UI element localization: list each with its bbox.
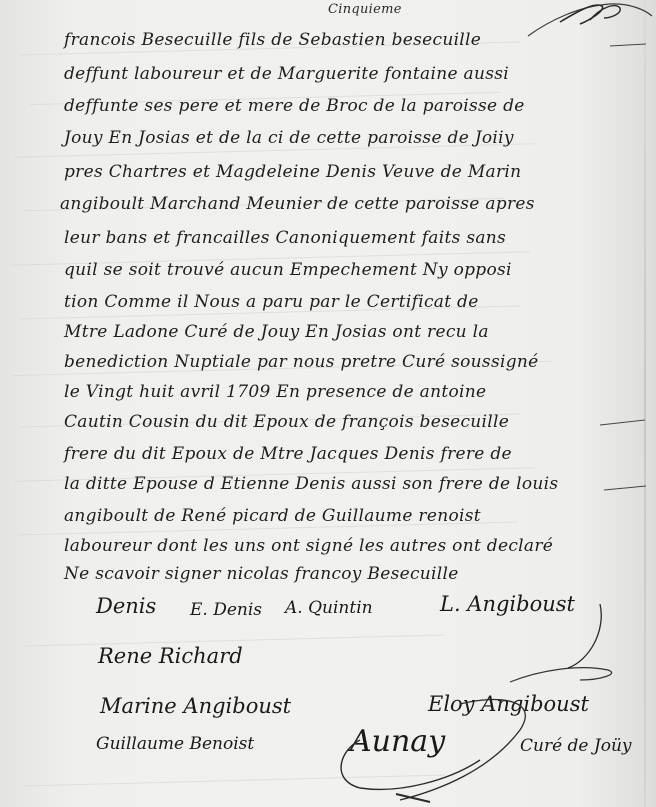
signature-guillaume-benoist: Guillaume Benoist: [96, 734, 254, 754]
body-line-2: deffunt laboureur et de Marguerite fonta…: [64, 64, 509, 84]
body-line-4: Jouy En Josias et de la ci de cette paro…: [64, 128, 514, 148]
body-line-1: francois Besecuille fils de Sebastien be…: [64, 30, 481, 50]
signature-marine-angiboust: Marine Angiboust: [100, 694, 291, 718]
signature-eloy-angiboust: Eloy Angiboust: [428, 692, 589, 716]
signature-rene-richard: Rene Richard: [98, 644, 243, 668]
body-line-16: angiboult de René picard de Guillaume re…: [64, 506, 481, 526]
signature-e-denis: E. Denis: [190, 600, 262, 620]
body-line-18: Ne scavoir signer nicolas francoy Besecu…: [64, 564, 459, 584]
register-page: Cinquieme francois Besecuille fils de Se…: [0, 0, 656, 807]
signature-quintin: A. Quintin: [285, 598, 373, 618]
body-line-11: benediction Nuptiale par nous pretre Cur…: [64, 352, 539, 372]
body-line-12: le Vingt huit avril 1709 En presence de …: [64, 382, 486, 402]
body-line-6: angiboult Marchand Meunier de cette paro…: [60, 194, 535, 214]
body-line-15: la ditte Epouse d Etienne Denis aussi so…: [64, 474, 558, 494]
page-edge: [644, 0, 646, 807]
signature-denis: Denis: [96, 594, 156, 618]
body-line-13: Cautin Cousin du dit Epoux de françois b…: [64, 412, 509, 432]
line-end-strokes: [560, 0, 650, 560]
body-line-5: pres Chartres et Magdeleine Denis Veuve …: [64, 162, 521, 182]
body-line-8: quil se soit trouvé aucun Empechement Ny…: [64, 260, 512, 280]
signature-cure-de-jouy: Curé de Joüy: [520, 736, 632, 756]
body-line-7: leur bans et francailles Canoniquement f…: [64, 228, 506, 248]
margin-note: Cinquieme: [328, 2, 402, 17]
body-line-14: frere du dit Epoux de Mtre Jacques Denis…: [64, 444, 512, 464]
body-line-17: laboureur dont les uns ont signé les aut…: [64, 536, 553, 556]
bleed-through-background: [0, 0, 656, 807]
body-line-9: tion Comme il Nous a paru par le Certifi…: [64, 292, 479, 312]
signature-aunay: Aunay: [350, 724, 445, 759]
body-line-10: Mtre Ladone Curé de Jouy En Josias ont r…: [64, 322, 489, 342]
signature-l-angiboust: L. Angiboust: [440, 592, 575, 616]
body-line-3: deffunte ses pere et mere de Broc de la …: [64, 96, 525, 116]
top-flourish-icon: [520, 0, 656, 40]
